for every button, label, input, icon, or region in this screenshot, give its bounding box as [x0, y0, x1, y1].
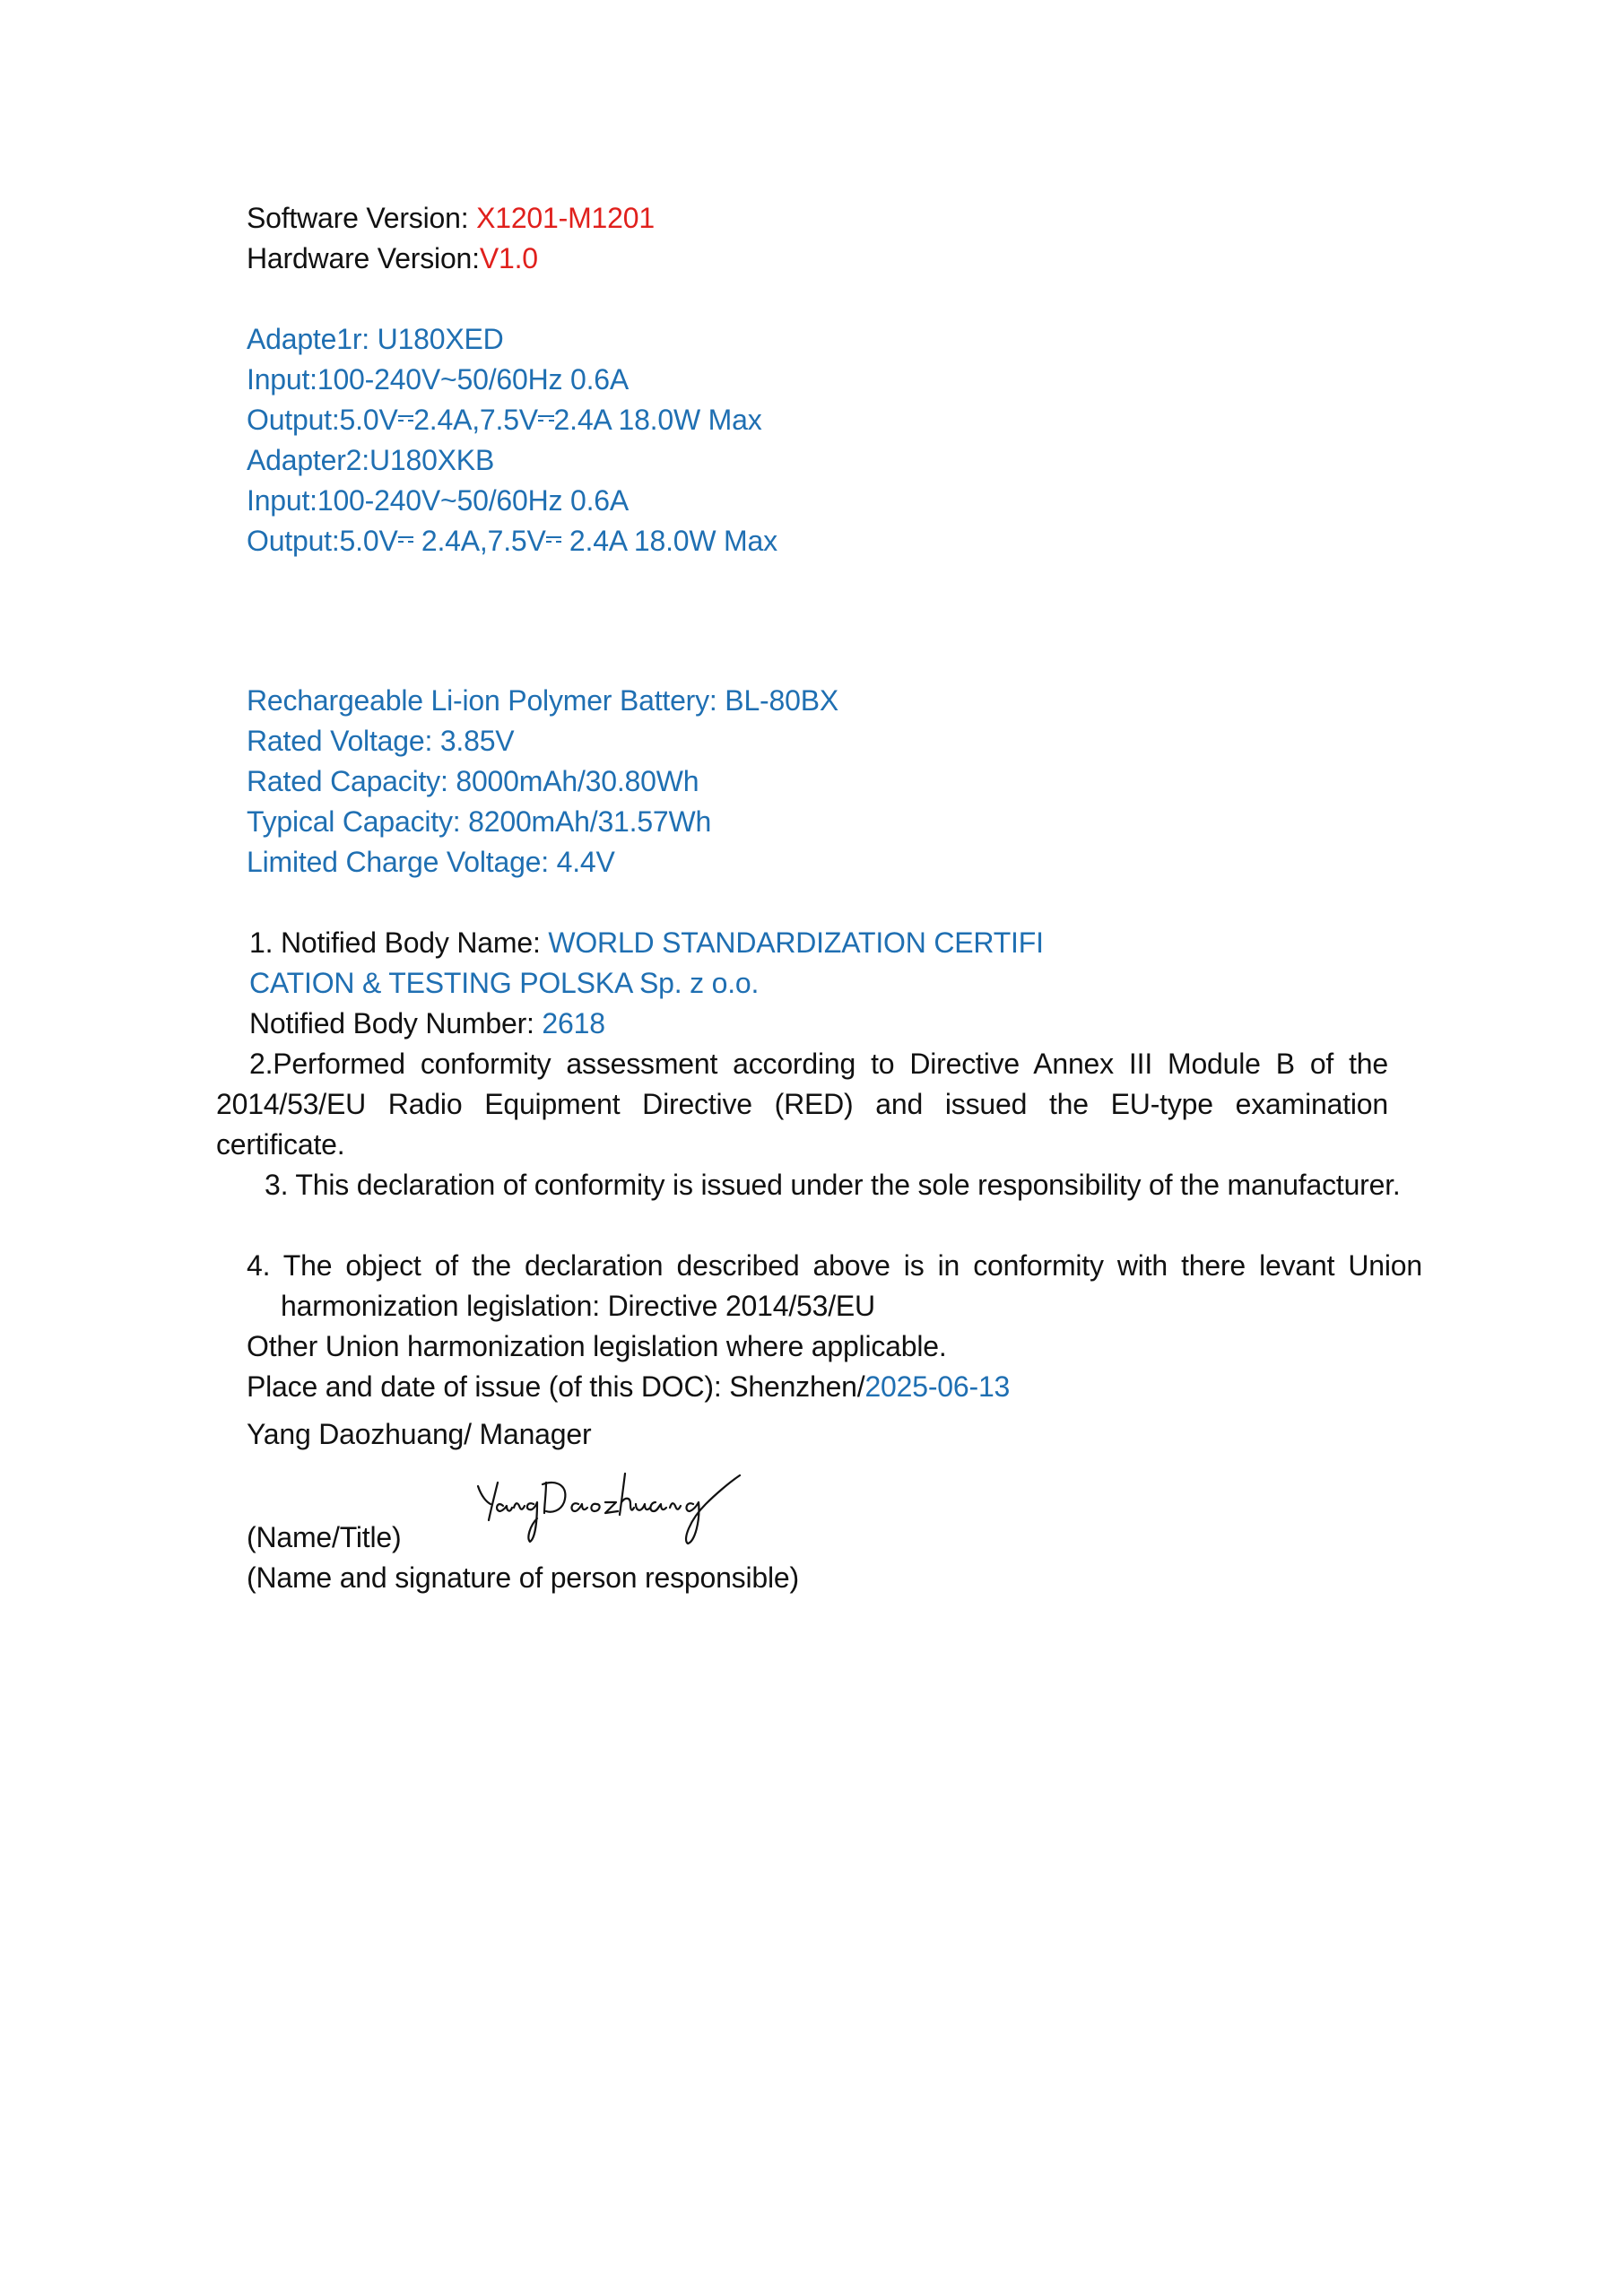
other-legislation: Other Union harmonization legislation wh… — [247, 1326, 947, 1367]
declaration-item-2: 2.Performed conformity assessment accord… — [216, 1044, 1388, 1165]
handwritten-signature-icon — [471, 1466, 758, 1556]
adapter1-output-part: 2.4A,7.5V — [413, 404, 538, 436]
software-version-value: X1201-M1201 — [476, 202, 655, 234]
adapter1-output: Output:5.0V2.4A,7.5V2.4A 18.0W Max — [247, 400, 762, 440]
declaration-item-3: 3. This declaration of conformity is iss… — [265, 1165, 1404, 1205]
dc-symbol-icon — [398, 411, 414, 428]
adapter1-output-part: Output:5.0V — [247, 404, 398, 436]
notified-body-number-value: 2618 — [542, 1007, 604, 1039]
battery-rated-voltage: Rated Voltage: 3.85V — [247, 721, 514, 761]
battery-typical-capacity: Typical Capacity: 8200mAh/31.57Wh — [247, 802, 711, 842]
adapter2-output-part: 2.4A,7.5V — [413, 525, 545, 557]
notified-body-number-label: Notified Body Number: — [249, 1007, 542, 1039]
battery-name: Rechargeable Li-ion Polymer Battery: BL-… — [247, 681, 838, 721]
adapter1-name: Adapte1r: U180XED — [247, 319, 504, 360]
place-label: Place and date of issue (of this DOC): S… — [247, 1370, 864, 1403]
adapter1-input: Input:100-240V~50/60Hz 0.6A — [247, 360, 629, 400]
software-version-label: Software Version: — [247, 202, 476, 234]
notified-body-name: 1. Notified Body Name: WORLD STANDARDIZA… — [249, 923, 1044, 963]
issue-date: 2025-06-13 — [864, 1370, 1010, 1403]
dc-symbol-icon — [398, 532, 414, 549]
adapter1-output-part: 2.4A 18.0W Max — [554, 404, 762, 436]
signature-caption: (Name and signature of person responsibl… — [247, 1558, 799, 1598]
battery-rated-capacity: Rated Capacity: 8000mAh/30.80Wh — [247, 761, 699, 802]
notified-body-name-cont: CATION & TESTING POLSKA Sp. z o.o. — [249, 963, 759, 1004]
place-and-date: Place and date of issue (of this DOC): S… — [247, 1367, 1010, 1407]
notified-body-number: Notified Body Number: 2618 — [249, 1004, 605, 1044]
name-title-caption: (Name/Title) — [247, 1518, 401, 1558]
hardware-version-value: V1.0 — [480, 242, 538, 274]
battery-limited-charge-voltage: Limited Charge Voltage: 4.4V — [247, 842, 615, 883]
notified-body-name-value: WORLD STANDARDIZATION CERTIFI — [548, 926, 1043, 959]
hardware-version-label: Hardware Version: — [247, 242, 480, 274]
adapter2-name: Adapter2:U180XKB — [247, 440, 494, 481]
signer-name-title: Yang Daozhuang/ Manager — [247, 1414, 591, 1455]
adapter2-output-part: Output:5.0V — [247, 525, 398, 557]
dc-symbol-icon — [538, 411, 554, 428]
adapter2-input: Input:100-240V~50/60Hz 0.6A — [247, 481, 629, 521]
hardware-version: Hardware Version:V1.0 — [247, 239, 538, 279]
adapter2-output-part: 2.4A 18.0W Max — [561, 525, 777, 557]
dc-symbol-icon — [546, 532, 562, 549]
notified-body-name-label: 1. Notified Body Name: — [249, 926, 548, 959]
declaration-item-4: 4. The object of the declaration describ… — [247, 1246, 1422, 1326]
software-version: Software Version: X1201-M1201 — [247, 198, 655, 239]
adapter2-output: Output:5.0V 2.4A,7.5V 2.4A 18.0W Max — [247, 521, 777, 561]
